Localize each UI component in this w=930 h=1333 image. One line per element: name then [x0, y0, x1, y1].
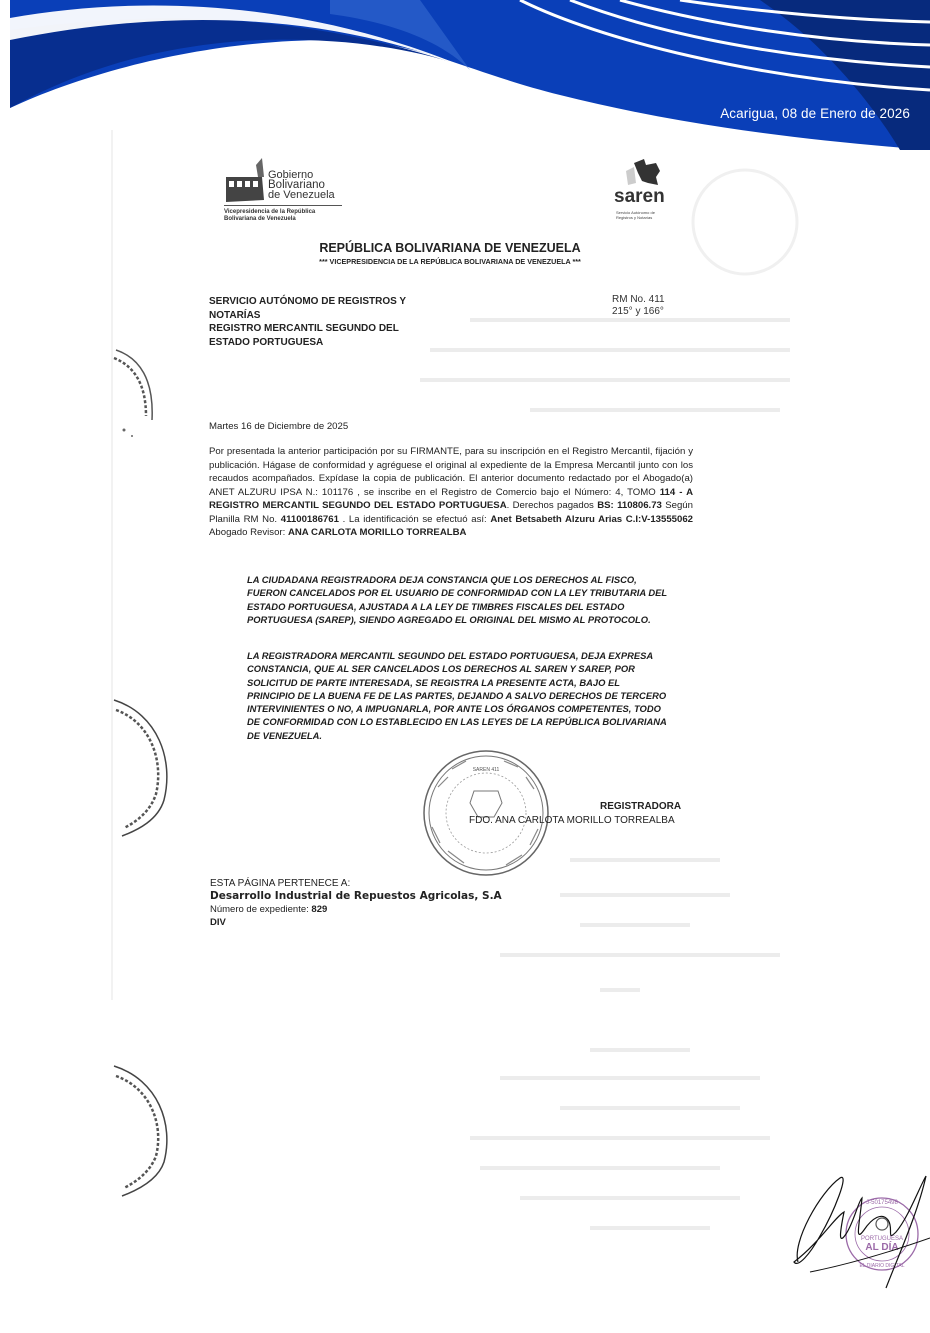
para-planilla: 41100186761: [281, 514, 339, 525]
gobierno-line3: de Venezuela: [268, 190, 335, 200]
registration-paragraph: Por presentada la anterior participación…: [209, 445, 693, 540]
registradora-name: FDO. ANA CARLOTA MORILLO TORREALBA: [469, 815, 675, 826]
page-belongs-block: ESTA PÁGINA PERTENECE A: Desarrollo Indu…: [210, 877, 502, 929]
org-line2: NOTARÍAS: [209, 309, 449, 323]
org-line3: REGISTRO MERCANTIL SEGUNDO DEL: [209, 322, 449, 336]
organization-block: SERVICIO AUTÓNOMO DE REGISTROS Y NOTARÍA…: [209, 295, 449, 349]
rm-number-block: RM No. 411 215° y 166°: [612, 294, 665, 318]
registradora-title: REGISTRADORA: [600, 801, 681, 812]
para-text-4: . La identificación se efectuó así:: [339, 514, 490, 525]
para-identified: Anet Betsabeth Alzuru Arias C.I:V-135550…: [490, 514, 693, 525]
para-text-5: Abogado Revisor:: [209, 527, 288, 538]
rm-years: 215° y 166°: [612, 306, 665, 318]
constancia-registro: LA REGISTRADORA MERCANTIL SEGUNDO DEL ES…: [247, 649, 667, 742]
para-bs-amount: BS: 110806.73: [597, 500, 662, 511]
svg-text:SAREN 411: SAREN 411: [473, 767, 500, 773]
rm-number: RM No. 411: [612, 294, 665, 306]
belongs-label: ESTA PÁGINA PERTENECE A:: [210, 877, 502, 890]
header-wave-banner: [0, 0, 930, 150]
svg-text:AL DÍA: AL DÍA: [865, 1240, 898, 1253]
constancia-fisco: LA CIUDADANA REGISTRADORA DEJA CONSTANCI…: [247, 573, 667, 626]
expediente-label: Número de expediente:: [210, 904, 311, 915]
saren-logo-word: saren: [614, 186, 665, 208]
official-stamp-icon: SAREN 411: [418, 747, 558, 877]
para-text-2: . Derechos pagados: [507, 500, 598, 511]
gobierno-logo-divider: [224, 205, 342, 206]
gobierno-logo-text: Gobierno Bolivariano de Venezuela: [268, 170, 335, 200]
document-title: REPÚBLICA BOLIVARIANA DE VENEZUELA: [210, 241, 690, 255]
svg-text:J-50175498: J-50175498: [866, 1200, 898, 1206]
svg-text:EL DIARIO DIGITAL: EL DIARIO DIGITAL: [859, 1263, 904, 1269]
para-revisor: ANA CARLOTA MORILLO TORREALBA: [288, 527, 467, 538]
partial-stamp-icon: [108, 690, 178, 840]
para-text-1: Por presentada la anterior participación…: [209, 446, 693, 498]
org-line4: ESTADO PORTUGUESA: [209, 336, 449, 350]
document-date: Martes 16 de Diciembre de 2025: [209, 421, 348, 432]
gobierno-sub1: Vicepresidencia de la República: [224, 209, 315, 216]
gobierno-sub2: Bolivariana de Venezuela: [224, 216, 315, 223]
document-code: DIV: [210, 917, 226, 928]
expediente-value: 829: [311, 904, 327, 915]
partial-stamp-icon: [108, 1058, 178, 1198]
signature-seal: PORTUGUESA AL DÍA J-50175498 EL DIARIO D…: [790, 1172, 930, 1292]
gobierno-logo-subtitle: Vicepresidencia de la República Bolivari…: [224, 209, 315, 223]
org-line1: SERVICIO AUTÓNOMO DE REGISTROS Y: [209, 295, 449, 309]
saren-sub2: Registros y Notarías: [616, 215, 676, 220]
partial-stamp-icon: [110, 340, 170, 450]
header-date: Acarigua, 08 de Enero de 2026: [720, 106, 910, 121]
saren-logo-subtitle: Servicio Autónomo de Registros y Notaría…: [616, 210, 676, 220]
expediente-line: Número de expediente: 829: [210, 903, 502, 916]
company-name: Desarrollo Industrial de Repuestos Agric…: [210, 890, 502, 903]
document-subtitle: *** VICEPRESIDENCIA DE LA REPÚBLICA BOLI…: [210, 257, 690, 266]
